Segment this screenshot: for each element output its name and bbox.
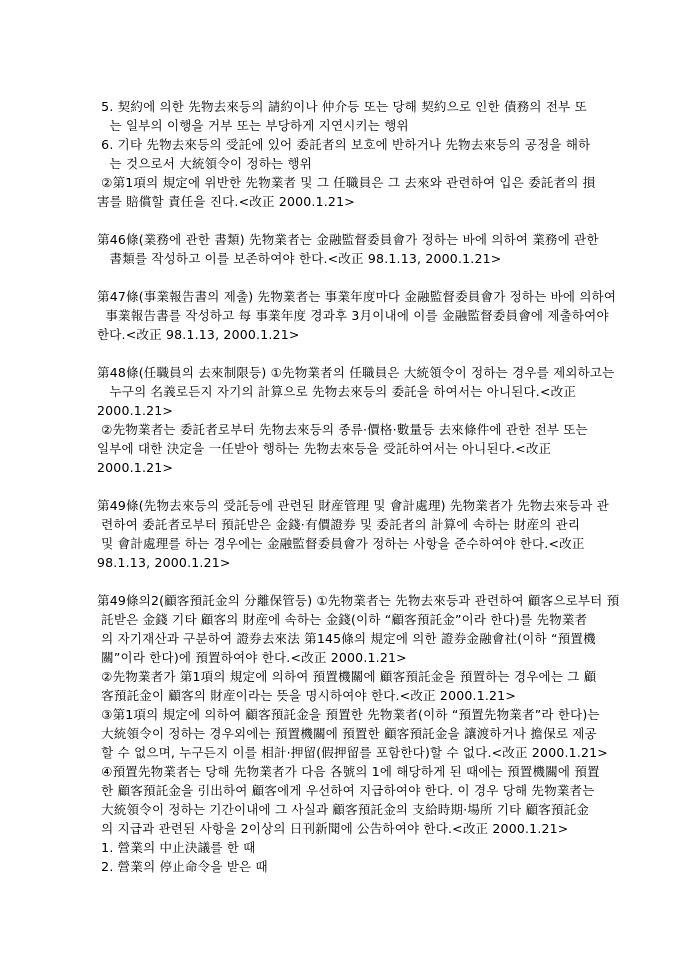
text-line: ②先物業者는 委託者로부터 先物去來등의 종류·價格·數量등 去來條件에 관한 … xyxy=(97,420,597,439)
text-line: 託받은 金錢 기타 顧客의 財産에 속하는 金錢(이하 “顧客預託金”이라 한다… xyxy=(97,610,597,629)
text-line: 98.1.13, 2000.1.21> xyxy=(97,553,597,572)
text-line: ④預置先物業者는 당해 先物業者가 다음 各號의 1에 해당하게 된 때에는 預… xyxy=(97,762,597,781)
text-line: ②先物業者가 第1項의 規定에 의하여 預置機關에 顧客預託金을 預置하는 경우… xyxy=(97,667,597,686)
text-line: 客預託金이 顧客의 財産이라는 뜻을 명시하여야 한다.<改正 2000.1.2… xyxy=(97,686,597,705)
text-line: 의 자기재산과 구분하여 證券去來法 第145條의 規定에 의한 證券金融會社(… xyxy=(97,629,597,648)
document-page: 5. 契約에 의한 先物去來등의 請約이나 仲介등 또는 당해 契約으로 인한 … xyxy=(0,0,680,962)
text-line: 련하여 委託者로부터 預託받은 金錢·有價證券 및 委託者의 計算에 속하는 財… xyxy=(97,515,597,534)
text-line: 第48條(任職員의 去來制限등) ①先物業者의 任職員은 大統領令이 정하는 경… xyxy=(97,363,597,382)
text-line: 書類를 작성하고 이를 보존하여야 한다.<改正 98.1.13, 2000.1… xyxy=(97,249,597,268)
text-line: 2. 營業의 停止命令을 받은 때 xyxy=(97,857,597,876)
article-49: 第49條(先物去來등의 受託등에 관련된 財産管理 및 會計處理) 先物業者가 … xyxy=(97,496,597,572)
text-line: ③第1項의 規定에 의하여 顧客預託金을 預置한 先物業者(이하 “預置先物業者… xyxy=(97,705,597,724)
document-text: 5. 契約에 의한 先物去來등의 請約이나 仲介등 또는 당해 契約으로 인한 … xyxy=(97,97,597,876)
text-line: 大統領令이 정하는 경우외에는 預置機關에 預置한 顧客預託金을 讓渡하거나 擔… xyxy=(97,724,597,743)
text-line: 및 會計處理를 하는 경우에는 金融監督委員會가 정하는 사항을 준수하여야 한… xyxy=(97,534,597,553)
text-line: 大統領令이 정하는 기간이내에 그 사실과 顧客預託金의 支給時期·場所 기타 … xyxy=(97,800,597,819)
text-line: 第49條(先物去來등의 受託등에 관련된 財産管理 및 會計處理) 先物業者가 … xyxy=(97,496,597,515)
text-line: 關”이라 한다)에 預置하여야 한다.<改正 2000.1.21> xyxy=(97,648,597,667)
text-line: 6. 기타 先物去來등의 受託에 있어 委託者의 보호에 반하거나 先物去來등의… xyxy=(97,135,597,154)
text-line: 1. 營業의 中止決議를 한 때 xyxy=(97,838,597,857)
text-line: 누구의 名義로든지 자기의 計算으로 先物去來등의 委託을 하여서는 아니된다.… xyxy=(97,382,597,401)
text-line: 한 顧客預託金을 引出하여 顧客에게 우선하여 지급하여야 한다. 이 경우 당… xyxy=(97,781,597,800)
text-line: 2000.1.21> xyxy=(97,401,597,420)
text-line: 일부에 대한 決定을 一任받아 행하는 先物去來등을 受託하여서는 아니된다.<… xyxy=(97,439,597,458)
article-47: 第47條(事業報告書의 제출) 先物業者는 事業年度마다 金融監督委員會가 정하… xyxy=(97,287,597,344)
text-line: 第46條(業務에 관한 書類) 先物業者는 金融監督委員會가 정하는 바에 의하… xyxy=(97,230,597,249)
text-line: ②第1項의 規定에 위반한 先物業者 및 그 任職員은 그 去來와 관련하여 입… xyxy=(97,173,597,192)
text-line: 할 수 없으며, 누구든지 이를 相計·押留(假押留를 포함한다)할 수 없다.… xyxy=(97,743,597,762)
text-line: 害를 賠償할 責任을 진다.<改正 2000.1.21> xyxy=(97,192,597,211)
text-line: 2000.1.21> xyxy=(97,458,597,477)
text-line: 는 일부의 이행을 거부 또는 부당하게 지연시키는 행위 xyxy=(97,116,597,135)
text-line: 事業報告書를 작성하고 每 事業年度 경과후 3月이내에 이를 金融監督委員會에… xyxy=(97,306,597,325)
text-line: 는 것으로서 大統領令이 정하는 행위 xyxy=(97,154,597,173)
article-48: 第48條(任職員의 去來制限등) ①先物業者의 任職員은 大統領令이 정하는 경… xyxy=(97,363,597,477)
article-49-2: 第49條의2(顧客預託金의 分離保管등) ①先物業者는 先物去來등과 관련하여 … xyxy=(97,591,597,876)
text-line: 5. 契約에 의한 先物去來등의 請約이나 仲介등 또는 당해 契約으로 인한 … xyxy=(97,97,597,116)
article-45-items-fragment: 5. 契約에 의한 先物去來등의 請約이나 仲介등 또는 당해 契約으로 인한 … xyxy=(97,97,597,211)
text-line: 第49條의2(顧客預託金의 分離保管등) ①先物業者는 先物去來등과 관련하여 … xyxy=(97,591,597,610)
article-46: 第46條(業務에 관한 書類) 先物業者는 金融監督委員會가 정하는 바에 의하… xyxy=(97,230,597,268)
text-line: 第47條(事業報告書의 제출) 先物業者는 事業年度마다 金融監督委員會가 정하… xyxy=(97,287,597,306)
text-line: 한다.<改正 98.1.13, 2000.1.21> xyxy=(97,325,597,344)
text-line: 의 지급과 관련된 사항을 2이상의 日刊新聞에 公告하여야 한다.<改正 20… xyxy=(97,819,597,838)
